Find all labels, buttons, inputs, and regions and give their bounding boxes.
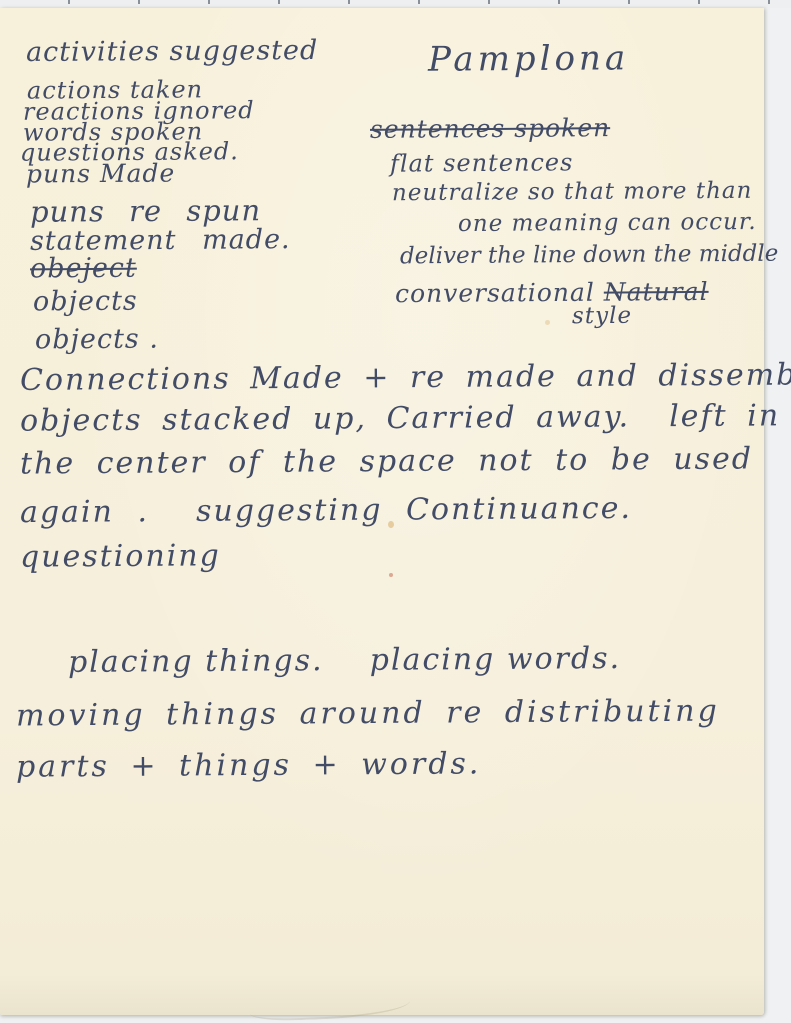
- paper-stain: [545, 320, 550, 325]
- paper-stain: [389, 573, 393, 577]
- note-line-deliver-the-line: deliver the line down the middle: [400, 243, 778, 269]
- paper-crease: [250, 990, 411, 1022]
- note-line-statement-made: statement made.: [30, 226, 291, 255]
- note-line-neutralize: neutralize so that more than: [392, 180, 753, 206]
- paragraph-line-questioning: questioning: [20, 541, 221, 572]
- paragraph-line-center-space: the center of the space not to be used: [20, 444, 753, 479]
- footer-line-parts-things: parts + things + words.: [16, 749, 482, 782]
- paragraph-line-stacked-up: objects stacked up, Carried away. left i…: [20, 401, 780, 436]
- note-line-one-meaning: one meaning can occur.: [458, 211, 757, 236]
- note-line-puns-made: puns Made: [26, 160, 175, 186]
- paragraph-line-connections: Connections Made + re made and dissemble…: [20, 360, 791, 396]
- footer-line-moving: moving things around re distributing: [16, 697, 720, 732]
- note-line-objects: objects: [33, 288, 138, 316]
- note-line-sentences-spoken-struck: sentences spoken: [370, 115, 610, 142]
- paragraph-line-continuance: again . suggesting Continuance.: [20, 494, 632, 528]
- scanned-handwritten-page: { "doc": { "title": "Pamplona", "left_co…: [0, 0, 791, 1023]
- footer-line-placing: placing things. placing words.: [68, 644, 621, 678]
- scanner-edge-ruler: [0, 0, 791, 8]
- note-line-style: style: [572, 305, 632, 328]
- note-line-puns-respun: puns re spun: [30, 196, 261, 227]
- note-line-conversational: conversational Natural: [395, 279, 709, 306]
- note-line-activities-suggested: activities suggested: [26, 37, 318, 66]
- page-title: Pamplona: [428, 41, 629, 76]
- note-line-flat-sentences: flat sentences: [390, 150, 574, 175]
- note-line-object-struck: obeject: [30, 255, 137, 283]
- note-line-objects-2: objects .: [35, 326, 159, 354]
